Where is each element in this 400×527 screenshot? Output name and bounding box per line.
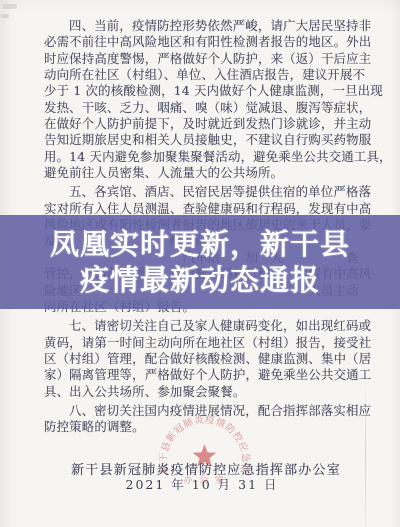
news-overlay-banner: 凤凰实时更新，新干县 疫情最新动态通报 (0, 215, 400, 309)
document-line: 家）隔离管理等，严格做好个人防护，避免乘坐公共交通工 (44, 367, 370, 383)
document-line: 具、出入公共场所、参加聚会聚餐。 (44, 384, 370, 400)
document-line: 用。14 天内避免参加聚集聚餐活动，避免乘坐公共交通工具， (44, 149, 370, 165)
document-line: 七、请密切关注自己及家人健康码变化，如出现红码或 (44, 318, 370, 334)
document-line: 动向所在社区（村组）、单位、入住酒店报告，建议开展不 (44, 67, 370, 83)
document-line: 必需不前往中高风险地区和有阳性检测者报告的地区。外出 (44, 34, 370, 50)
document-line: 少于 1 次的核酸检测，14 天内做好个人健康监测，一旦出现 (44, 83, 370, 99)
banner-headline-line2: 疫情最新动态通报 (80, 262, 320, 298)
document-line: 告知近期旅居史和相关人员接触史，不建议自行购买药物服 (44, 132, 370, 148)
banner-headline-line1: 凤凰实时更新，新干县 (50, 226, 350, 262)
scan-smudge (1, 14, 9, 18)
document-line: 四、当前，疫情防控形势依然严峻，请广大居民坚持非 (44, 18, 370, 34)
document-date: 2021 年 10 月 31 日 (2, 475, 400, 493)
document-line: 时应保持高度警惕，严格做好个人防护，来（返）干后应主 (44, 51, 370, 67)
document-line: 在做好个人防护前提下，及时就近到发热门诊就诊，并主动 (44, 116, 370, 132)
document-line: 区（村组）管理，配合做好核酸检测、健康监测、集中（居 (44, 351, 370, 367)
document-line: 避免前往人员密集、人流量大的公共场所。 (44, 165, 370, 181)
paper-crease (365, 380, 366, 527)
document-line: 五、各宾馆、酒店、民宿民居等提供住宿的单位严格落 (44, 184, 370, 200)
document-line: 发热、干咳、乏力、咽痛、嗅（味）觉减退、腹泻等症状， (44, 100, 370, 116)
document-line: 黄码，请第一时间主动向所在地社区（村组）报告，接受社 (44, 335, 370, 351)
scan-smudge (3, 4, 17, 9)
